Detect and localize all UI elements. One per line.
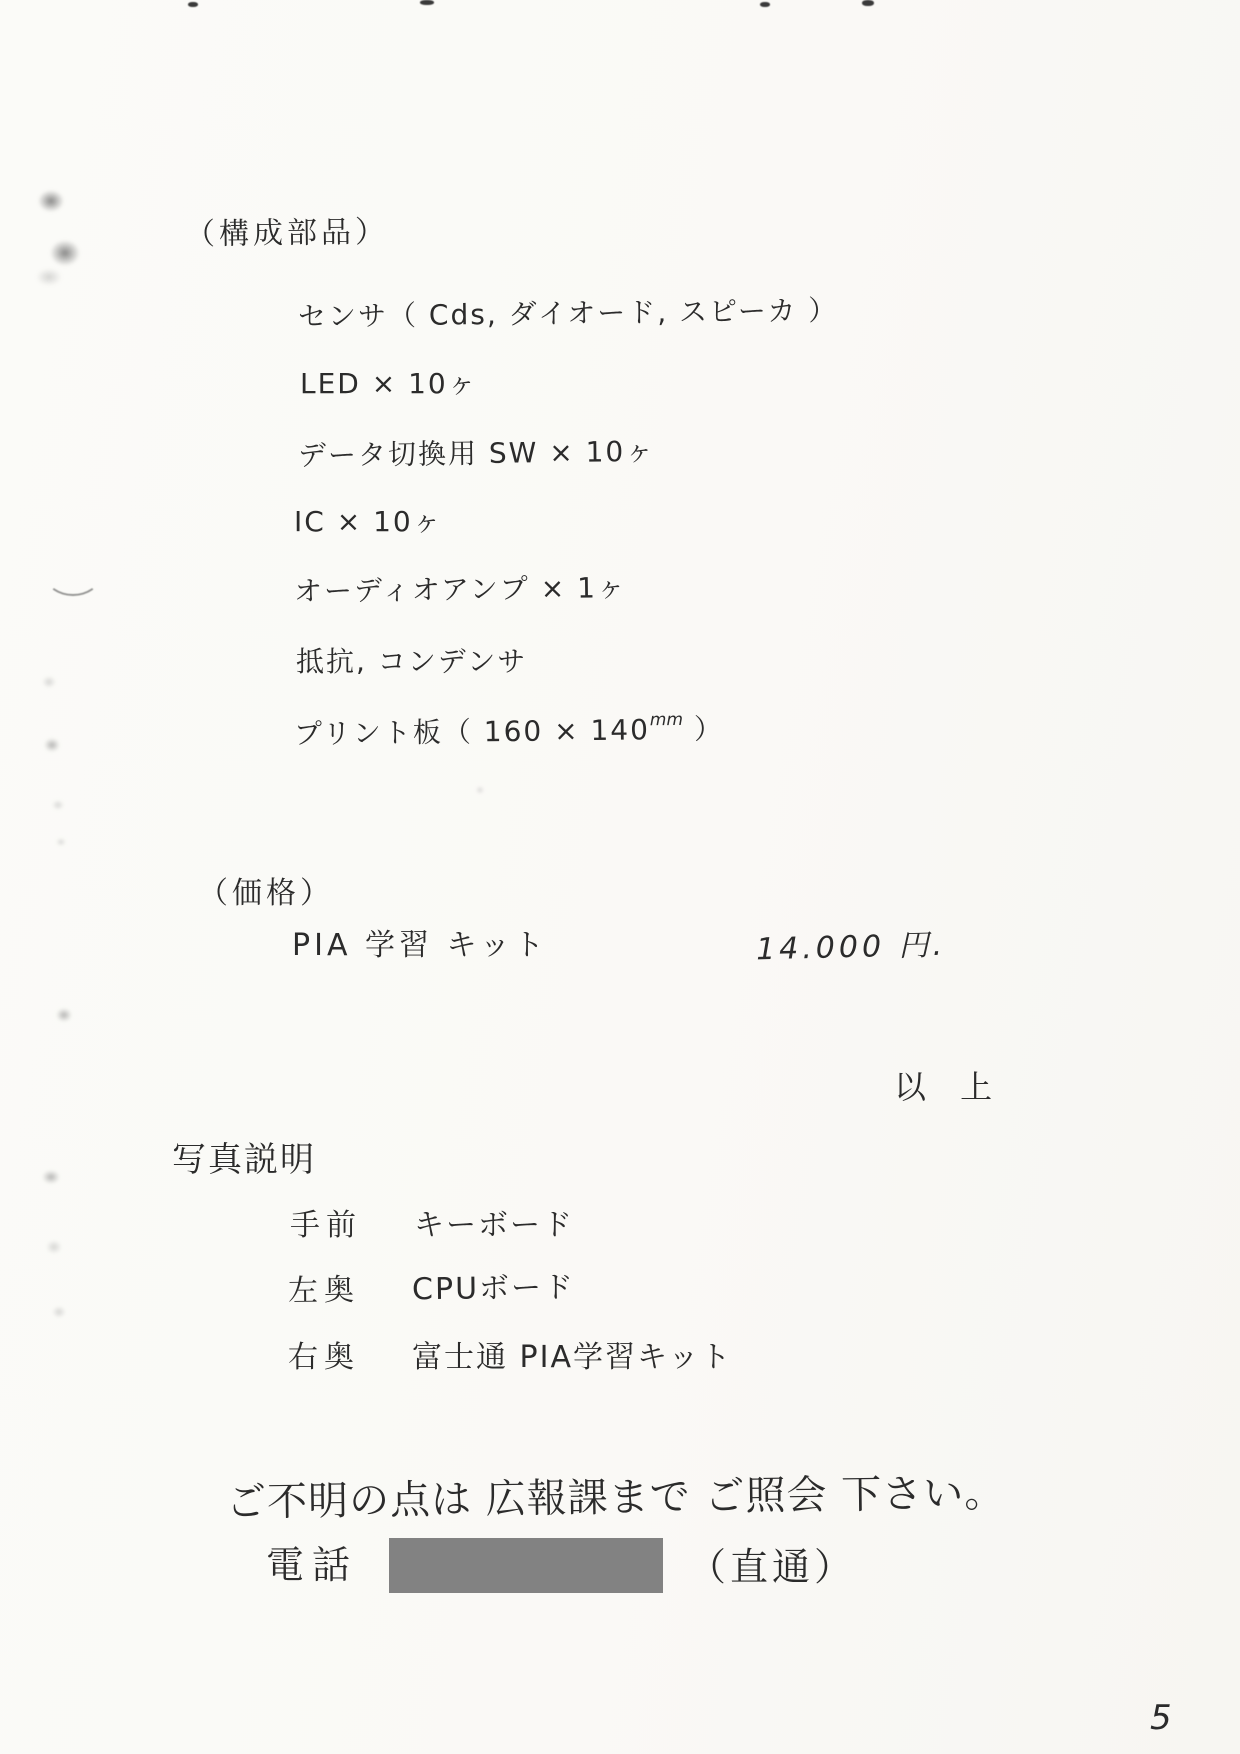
component-item-ic: IC × 10ヶ — [294, 500, 443, 540]
component-item-resistor: 抵抗, コンデンサ — [296, 640, 527, 680]
scan-smudge — [42, 1170, 60, 1184]
scan-speck — [188, 2, 198, 7]
scan-smudge — [42, 676, 56, 688]
component-item-switch: データ切換用 SW × 10ヶ — [298, 430, 656, 474]
phone-direct-line-note: （直通） — [688, 1536, 856, 1591]
scan-speck — [760, 2, 770, 7]
photo-row-back-left: 左奥 CPUボード — [288, 1262, 576, 1310]
redacted-phone-number — [389, 1538, 663, 1593]
scan-speck — [862, 0, 874, 6]
scan-smudge — [36, 268, 62, 286]
scan-smudge — [46, 1240, 62, 1254]
photo-position-label: 右奥 — [288, 1332, 412, 1376]
components-heading: （構成部品） — [185, 207, 390, 253]
component-item-sensor: センサ（ Cds, ダイオード, スピーカ ） — [298, 289, 839, 336]
scan-smudge — [56, 1008, 72, 1022]
photo-position-value: キーボード — [414, 1200, 574, 1244]
component-item-led: LED × 10ヶ — [300, 362, 478, 402]
scanned-page: （構成部品） センサ（ Cds, ダイオード, スピーカ ） LED × 10ヶ… — [0, 0, 1240, 1754]
photo-position-label: 左奥 — [288, 1264, 413, 1310]
page-number: 5 — [1150, 1698, 1172, 1738]
photo-position-value: 富士通 PIA学習キット — [412, 1332, 732, 1376]
scan-smudge — [52, 800, 64, 810]
board-unit-superscript: mm — [650, 710, 683, 730]
component-item-board: プリント板（ 160 × 140mm ） — [294, 707, 724, 752]
scan-smudge — [476, 786, 484, 794]
scan-smudge — [52, 1306, 66, 1318]
phone-label: 電話 — [266, 1534, 358, 1589]
photo-caption-heading: 写真説明 — [172, 1132, 316, 1181]
scan-smudge — [44, 738, 60, 752]
price-amount: 14.000 円. — [755, 920, 946, 969]
photo-position-value: CPUボード — [412, 1262, 576, 1308]
price-heading: （価格） — [198, 868, 334, 912]
scan-smudge — [50, 240, 80, 266]
board-text-close: ） — [683, 712, 724, 745]
photo-row-front: 手前 キーボード — [290, 1200, 574, 1244]
inquiry-note: ご不明の点は 広報課まで ご照会 下さい。 — [226, 1461, 1006, 1528]
scan-speck — [420, 0, 434, 5]
price-item-label: PIA 学習 キット — [292, 920, 548, 964]
scan-smudge — [38, 190, 64, 212]
closing-remark: 以 上 — [894, 1062, 1004, 1108]
photo-position-label: 手前 — [290, 1200, 414, 1244]
component-item-amp: オーディオアンプ × 1ヶ — [294, 566, 627, 610]
board-text: プリント板（ 160 × 140 — [294, 713, 650, 750]
scan-smudge — [56, 838, 66, 846]
scan-curve-mark — [46, 558, 100, 596]
photo-row-back-right: 右奥 富士通 PIA学習キット — [288, 1332, 732, 1376]
